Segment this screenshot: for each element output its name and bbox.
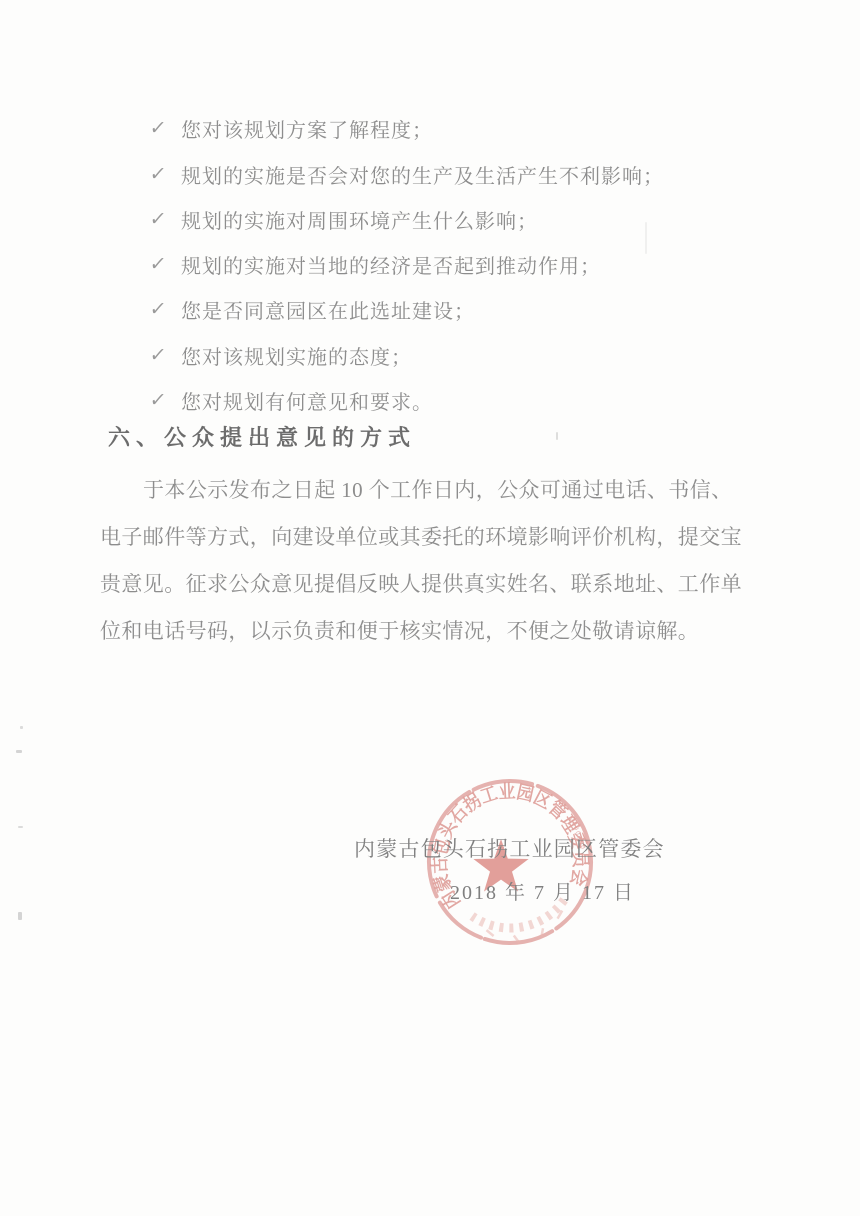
signature-date: 2018 年 7 月 17 日 [450, 881, 635, 905]
check-icon: ✓ [148, 208, 182, 230]
check-icon: ✓ [148, 344, 182, 366]
checklist-item-text: 您对该规划方案了解程度； [181, 114, 433, 143]
checklist-item: ✓ 您对规划有何意见和要求。 [150, 386, 433, 414]
signature-organization: 内蒙古包头石拐工业园区管委会 [354, 837, 665, 861]
check-icon: ✓ [148, 163, 182, 185]
scan-speck [556, 432, 558, 440]
check-icon: ✓ [148, 298, 182, 320]
section-heading: 六、公众提出意见的方式 [108, 424, 416, 452]
check-icon: ✓ [148, 253, 182, 275]
checklist-item: ✓ 规划的实施对周围环境产生什么影响； [150, 205, 538, 233]
scan-speck [18, 826, 23, 828]
scan-speck [20, 726, 23, 729]
scanned-document-page: ✓ 您对该规划方案了解程度； ✓ 规划的实施是否会对您的生产及生活产生不利影响；… [0, 0, 860, 1216]
checklist-item-text: 规划的实施对周围环境产生什么影响； [181, 205, 538, 234]
paragraph-line: 电子邮件等方式，向建设单位或其委托的环境影响评价机构，提交宝 [100, 523, 800, 551]
scan-speck [16, 750, 22, 753]
checklist-item-text: 规划的实施对当地的经济是否起到推动作用； [181, 250, 601, 279]
scan-speck [18, 912, 22, 920]
paragraph-line: 位和电话号码，以示负责和便于核实情况，不便之处敬请谅解。 [100, 617, 800, 645]
checklist-item-text: 您是否同意园区在此选址建设； [181, 295, 475, 324]
checklist-item: ✓ 您对该规划实施的态度； [150, 341, 412, 369]
checklist-item: ✓ 规划的实施对当地的经济是否起到推动作用； [150, 250, 601, 278]
checklist-item-text: 您对该规划实施的态度； [181, 341, 412, 370]
checklist-item: ✓ 您是否同意园区在此选址建设； [150, 295, 475, 323]
paragraph-line: 贵意见。征求公众意见提倡反映人提供真实姓名、联系地址、工作单 [100, 570, 800, 598]
paragraph-line: 于本公示发布之日起 10 个工作日内，公众可通过电话、书信、 [100, 476, 843, 504]
check-icon: ✓ [148, 389, 182, 411]
checklist-item: ✓ 规划的实施是否会对您的生产及生活产生不利影响； [150, 160, 664, 188]
scan-speck [645, 222, 647, 254]
checklist-item-text: 规划的实施是否会对您的生产及生活产生不利影响； [181, 160, 664, 189]
checklist-item-text: 您对规划有何意见和要求。 [181, 386, 433, 415]
checklist-item: ✓ 您对该规划方案了解程度； [150, 114, 433, 142]
official-seal: 内蒙古包头石拐工业园区管理委员会 0000000 [415, 767, 605, 962]
check-icon: ✓ [148, 117, 182, 139]
